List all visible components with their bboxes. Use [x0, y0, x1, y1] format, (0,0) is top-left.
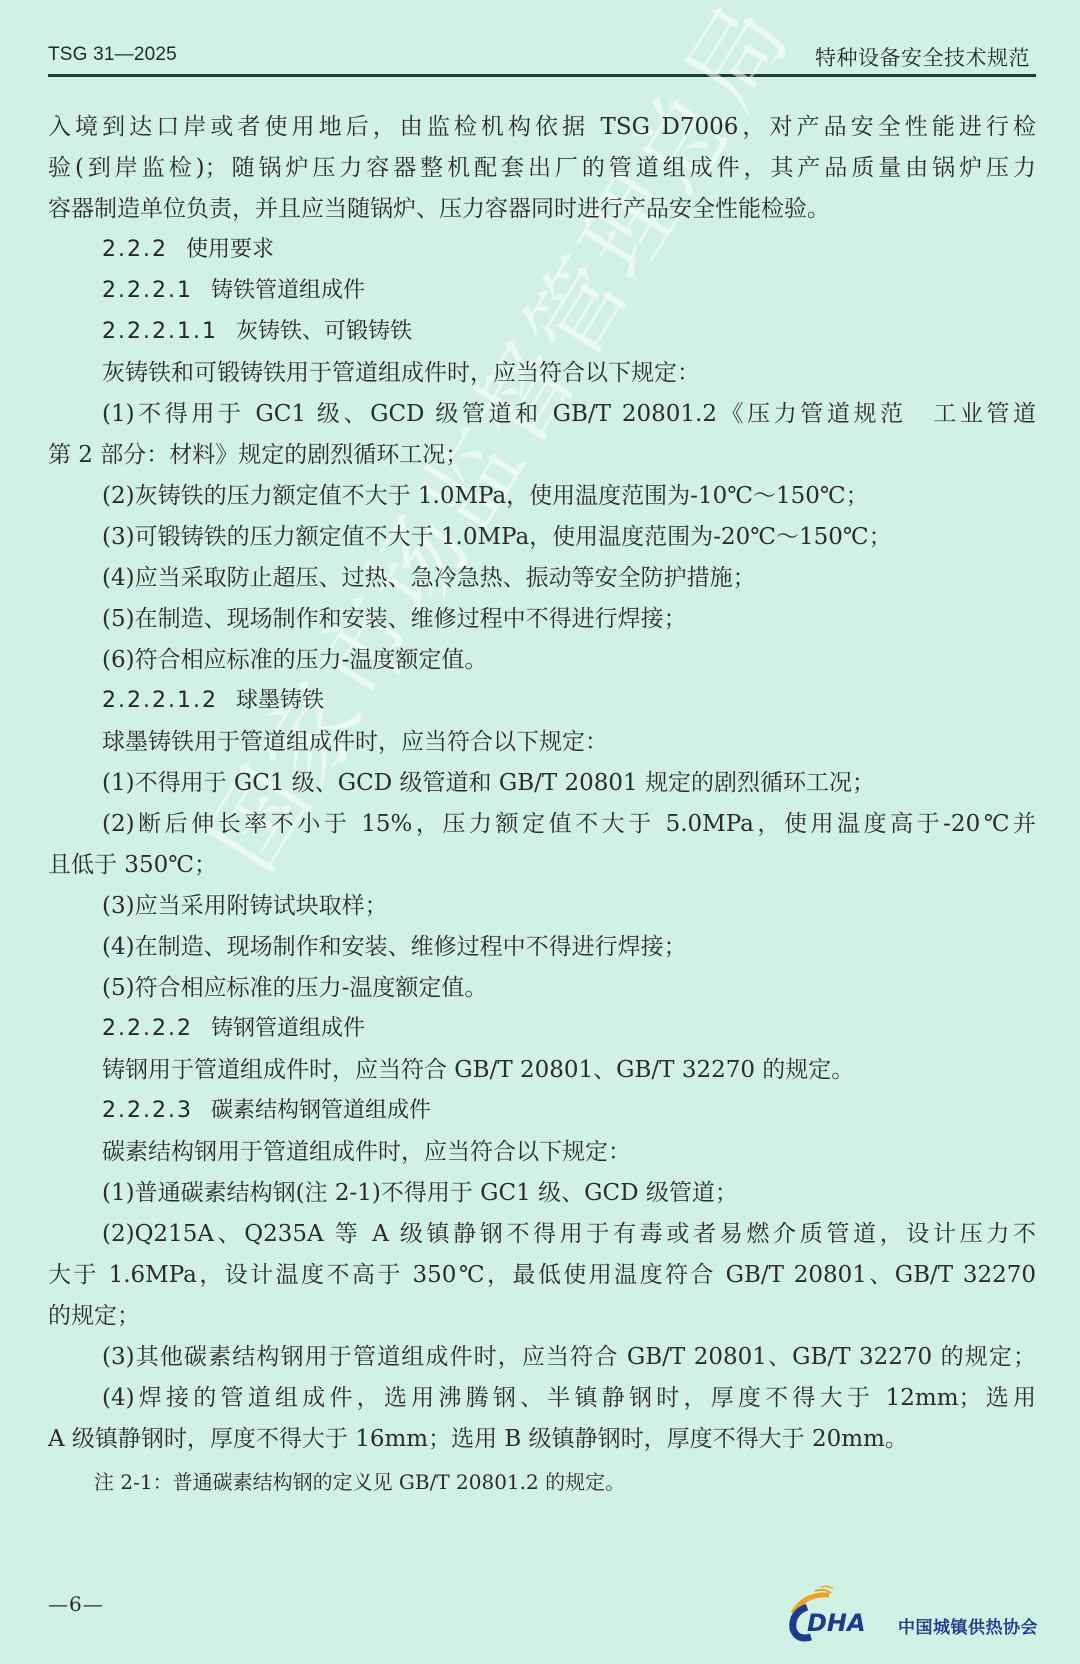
section-title: 碳素结构钢管道组成件 — [211, 1098, 431, 1123]
page-number: —6— — [48, 1592, 104, 1616]
ductile-iron-item: (3)应当采用附铸试块取样； — [102, 891, 388, 921]
section-number: 2.2.2.1.1 — [102, 317, 218, 347]
document-series-title: 特种设备安全技术规范 — [815, 42, 1030, 72]
carbon-steel-item: (4)焊接的管道组成件，选用沸腾钢、半镇静钢时，厚度不得大于 12mm；选用 — [102, 1383, 1036, 1413]
ductile-iron-item: (5)符合相应标准的压力-温度额定值。 — [102, 973, 487, 1003]
paragraph-line: 验(到岸监检)；随锅炉压力容器整机配套出厂的管道组成件，其产品质量由锅炉压力 — [48, 153, 1036, 183]
gray-iron-item: (6)符合相应标准的压力-温度额定值。 — [102, 645, 487, 675]
cast-steel-text: 铸钢用于管道组成件时，应当符合 GB/T 20801、GB/T 32270 的规… — [102, 1055, 854, 1085]
association-name: 中国城镇供热协会 — [898, 1613, 1038, 1638]
footnote: 注 2-1：普通碳素结构钢的定义见 GB/T 20801.2 的规定。 — [94, 1467, 625, 1497]
ductile-iron-item: (1)不得用于 GC1 级、GCD 级管道和 GB/T 20801 规定的剧烈循… — [102, 768, 875, 798]
carbon-steel-item: 的规定； — [48, 1301, 140, 1331]
section-heading-2-2-2-2: 2.2.2.2铸钢管道组成件 — [102, 1014, 365, 1044]
section-title: 灰铸铁、可锻铸铁 — [236, 319, 412, 344]
paragraph-line: 入境到达口岸或者使用地后，由监检机构依据 TSG D7006，对产品安全性能进行… — [48, 112, 1036, 142]
section-heading-2-2-2-1-1: 2.2.2.1.1灰铸铁、可锻铸铁 — [102, 317, 412, 347]
ductile-iron-item: (4)在制造、现场制作和安装、维修过程中不得进行焊接； — [102, 932, 687, 962]
ductile-iron-intro: 球墨铸铁用于管道组成件时，应当符合以下规定： — [102, 727, 608, 757]
ductile-iron-item: 且低于 350℃； — [48, 850, 217, 880]
section-heading-2-2-2: 2.2.2使用要求 — [102, 235, 274, 265]
section-title: 使用要求 — [186, 237, 274, 262]
page-header: TSG 31—2025 特种设备安全技术规范 — [48, 38, 1036, 77]
section-title: 铸钢管道组成件 — [211, 1016, 365, 1041]
carbon-steel-item: (2)Q215A、Q235A 等 A 级镇静钢不得用于有毒或者易燃介质管道，设计… — [102, 1219, 1036, 1249]
section-number: 2.2.2.2 — [102, 1014, 193, 1044]
gray-iron-intro: 灰铸铁和可锻铸铁用于管道组成件时，应当符合以下规定： — [102, 358, 700, 388]
cdha-logo: DHA 中国城镇供热协会 — [785, 1585, 1060, 1645]
section-number: 2.2.2 — [102, 235, 168, 265]
ductile-iron-item: (2)断后伸长率不小于 15%，压力额定值不大于 5.0MPa，使用温度高于-2… — [102, 809, 1036, 839]
gray-iron-item: 第 2 部分：材料》规定的剧烈循环工况； — [48, 440, 468, 470]
gray-iron-item: (2)灰铸铁的压力额定值不大于 1.0MPa，使用温度范围为-10℃～150℃； — [102, 481, 869, 511]
section-number: 2.2.2.1.2 — [102, 686, 218, 716]
gray-iron-item: (4)应当采取防止超压、过热、急冷急热、振动等安全防护措施； — [102, 563, 756, 593]
document-code: TSG 31—2025 — [48, 44, 177, 66]
gray-iron-item: (3)可锻铸铁的压力额定值不大于 1.0MPa，使用温度范围为-20℃～150℃… — [102, 522, 892, 552]
section-number: 2.2.2.1 — [102, 276, 193, 306]
paragraph-line: 容器制造单位负责，并且应当随锅炉、压力容器同时进行产品安全性能检验。 — [48, 194, 830, 224]
section-heading-2-2-2-3: 2.2.2.3碳素结构钢管道组成件 — [102, 1096, 431, 1126]
section-title: 球墨铸铁 — [236, 688, 324, 713]
cdha-logo-icon: DHA — [785, 1585, 900, 1645]
carbon-steel-intro: 碳素结构钢用于管道组成件时，应当符合以下规定： — [102, 1137, 631, 1167]
carbon-steel-item: (1)普通碳素结构钢(注 2-1)不得用于 GC1 级、GCD 级管道； — [102, 1178, 738, 1208]
carbon-steel-item: 大于 1.6MPa，设计温度不高于 350℃，最低使用温度符合 GB/T 208… — [48, 1260, 1036, 1290]
carbon-steel-item: A 级镇静钢时，厚度不得大于 16mm；选用 B 级镇静钢时，厚度不得大于 20… — [48, 1424, 908, 1454]
section-heading-2-2-2-1-2: 2.2.2.1.2球墨铸铁 — [102, 686, 324, 716]
section-title: 铸铁管道组成件 — [211, 278, 365, 303]
svg-text:DHA: DHA — [807, 1609, 866, 1637]
gray-iron-item: (1)不得用于 GC1 级、GCD 级管道和 GB/T 20801.2《压力管道… — [102, 399, 1036, 429]
section-number: 2.2.2.3 — [102, 1096, 193, 1126]
gray-iron-item: (5)在制造、现场制作和安装、维修过程中不得进行焊接； — [102, 604, 687, 634]
carbon-steel-item: (3)其他碳素结构钢用于管道组成件时，应当符合 GB/T 20801、GB/T … — [102, 1342, 1036, 1372]
section-heading-2-2-2-1: 2.2.2.1铸铁管道组成件 — [102, 276, 365, 306]
